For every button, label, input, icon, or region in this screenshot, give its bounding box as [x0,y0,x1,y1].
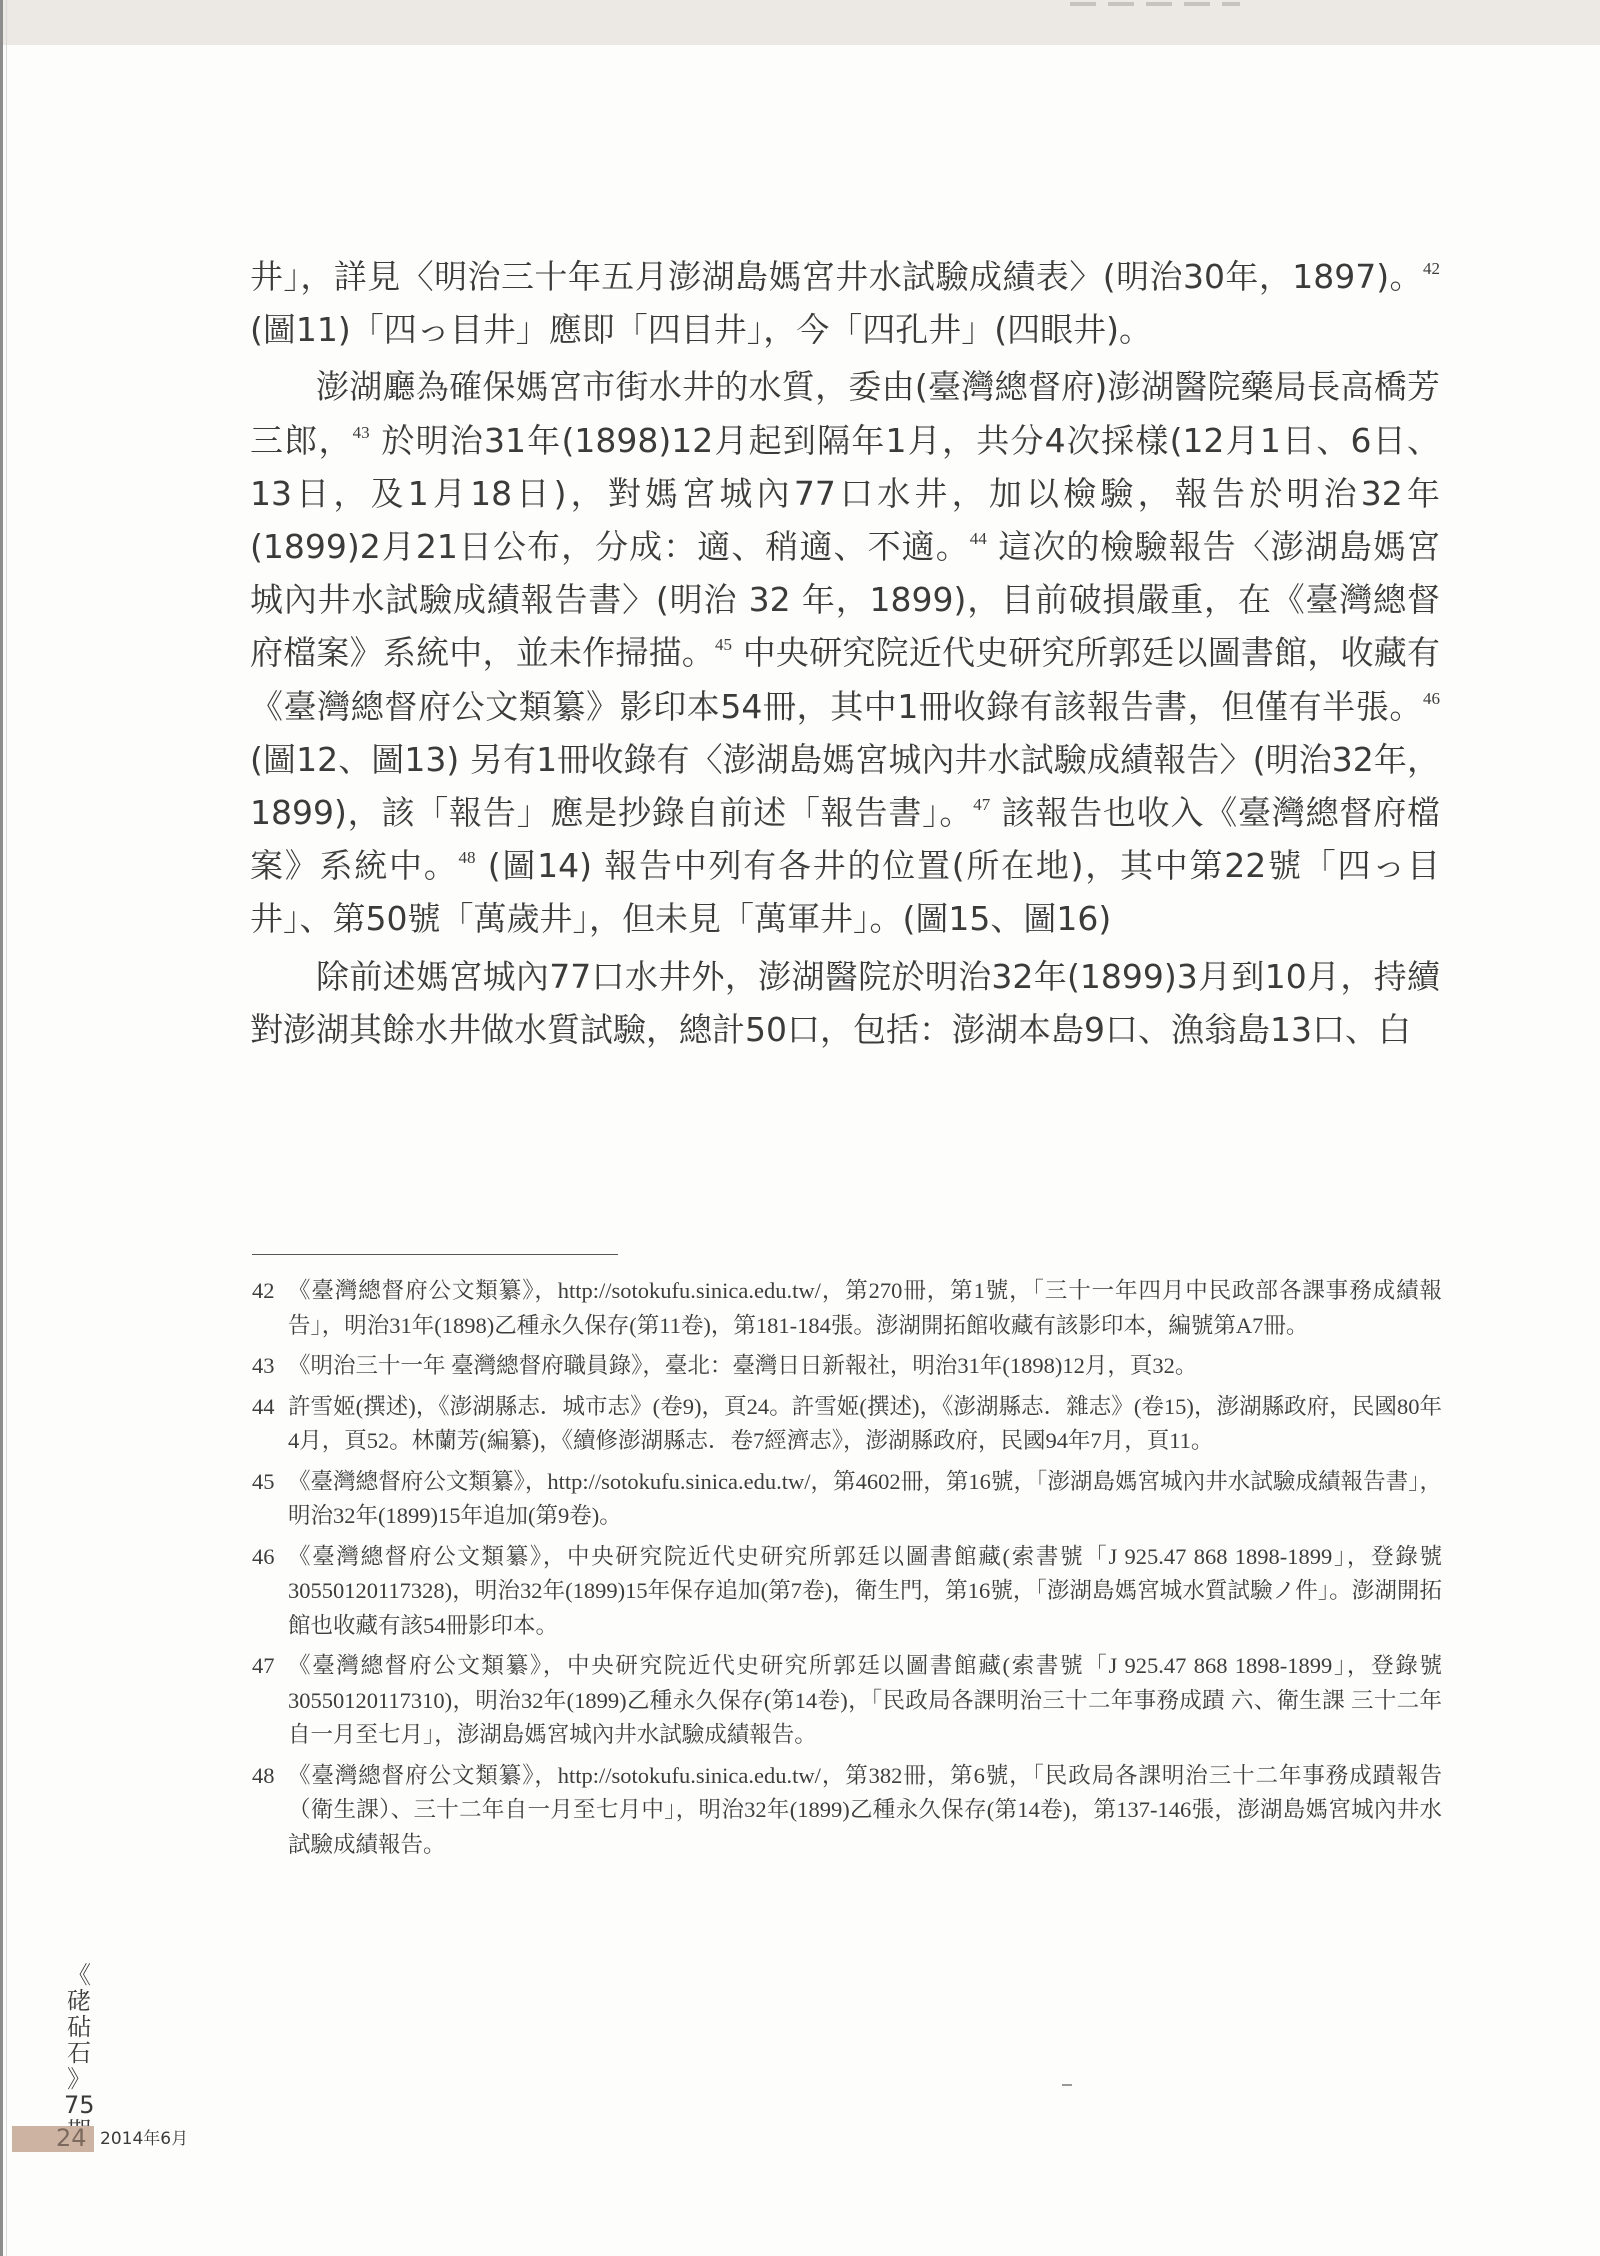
title-char: 《 [64,1962,94,1988]
page-edge-shadow [6,0,7,2256]
title-char: 硓 [64,1988,94,2014]
title-char: 砧 [64,2014,94,2040]
footnote-number: 43 [252,1349,275,1384]
footnote-number: 42 [252,1274,275,1309]
footnote-ref: 46 [1423,689,1440,708]
footnote-ref: 42 [1423,259,1440,278]
footnote-text: 《臺灣總督府公文類纂》，中央研究院近代史研究所郭廷以圖書館藏(索書號「J 925… [288,1653,1442,1747]
footnote-number: 45 [252,1465,275,1500]
title-char: 石 [64,2040,94,2066]
footnote-ref: 47 [973,795,990,814]
footnote-text: 《臺灣總督府公文類纂》，http://sotokufu.sinica.edu.t… [288,1469,1442,1529]
journal-title-vertical: 《 硓 砧 石 》 75 期 [64,1962,94,2144]
paragraph: 井」，詳見〈明治三十年五月澎湖島媽宮井水試驗成績表〉(明治30年，1897)。4… [250,250,1440,356]
footnote-text: 《臺灣總督府公文類纂》，http://sotokufu.sinica.edu.t… [288,1763,1442,1857]
title-char: 》 [64,2066,94,2092]
footnote-ref: 43 [353,423,370,442]
footnote: 46《臺灣總督府公文類纂》，中央研究院近代史研究所郭廷以圖書館藏(索書號「J 9… [252,1540,1442,1644]
paragraph: 澎湖廳為確保媽宮市街水井的水質，委由(臺灣總督府)澎湖醫院藥局長高橋芳三郎，43… [250,360,1440,945]
issue-date: 2014年6月 [100,2127,188,2151]
footnote-separator [252,1254,618,1255]
footnote: 42《臺灣總督府公文類纂》，http://sotokufu.sinica.edu… [252,1274,1442,1343]
footnote: 44許雪姬(撰述)，《澎湖縣志．城市志》(卷9)，頁24。許雪姬(撰述)，《澎湖… [252,1390,1442,1459]
footnote-text: 《臺灣總督府公文類纂》，http://sotokufu.sinica.edu.t… [288,1278,1442,1338]
footnote-number: 48 [252,1759,275,1794]
scan-marks [1070,2,1240,6]
footnote-number: 46 [252,1540,275,1575]
page-edge [0,0,3,2256]
footnote-ref: 44 [970,529,987,548]
footnotes: 42《臺灣總督府公文類纂》，http://sotokufu.sinica.edu… [252,1274,1442,1868]
scan-speck [1062,2084,1072,2086]
footnote-text: 《明治三十一年 臺灣總督府職員錄》，臺北：臺灣日日新報社，明治31年(1898)… [288,1353,1197,1378]
main-body-text: 井」，詳見〈明治三十年五月澎湖島媽宮井水試驗成績表〉(明治30年，1897)。4… [250,250,1440,1056]
page-number: 24 [56,2124,87,2152]
footnote-ref: 48 [459,848,476,867]
footnote: 47《臺灣總督府公文類纂》，中央研究院近代史研究所郭廷以圖書館藏(索書號「J 9… [252,1649,1442,1753]
paragraph: 除前述媽宮城內77口水井外，澎湖醫院於明治32年(1899)3月到10月，持續對… [250,950,1440,1056]
footnote-ref: 45 [715,635,732,654]
footnote-text: 《臺灣總督府公文類纂》，中央研究院近代史研究所郭廷以圖書館藏(索書號「J 925… [288,1544,1442,1638]
footnote: 48《臺灣總督府公文類纂》，http://sotokufu.sinica.edu… [252,1759,1442,1863]
footnote-text: 許雪姬(撰述)，《澎湖縣志．城市志》(卷9)，頁24。許雪姬(撰述)，《澎湖縣志… [288,1394,1442,1454]
issue-number: 75 [64,2092,94,2118]
footnote-number: 47 [252,1649,275,1684]
footnote-number: 44 [252,1390,275,1425]
footnote: 45《臺灣總督府公文類纂》，http://sotokufu.sinica.edu… [252,1465,1442,1534]
scan-top-band [0,0,1600,45]
footnote: 43《明治三十一年 臺灣總督府職員錄》，臺北：臺灣日日新報社，明治31年(189… [252,1349,1442,1384]
